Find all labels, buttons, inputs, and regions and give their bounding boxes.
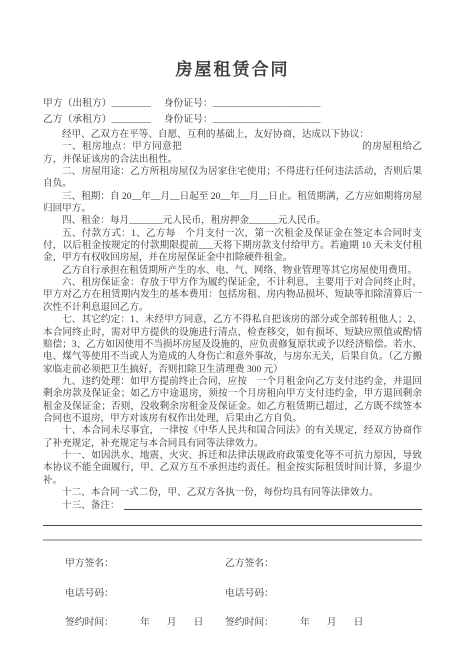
sign-date-row: 签约时间：年月日 签约时间：年月日: [65, 617, 422, 629]
clause-location: 一、租房地点：甲方同意把 的房屋租给乙方，并保证该房的合法出租性。: [43, 141, 422, 166]
party-b-id-label: 身份证号：: [164, 114, 213, 125]
clause-term: 三、租期：自 20__年__月__日起至 20__年__月__日止。租赁期满，乙…: [43, 191, 422, 216]
party-a-phone-label: 电话号码：: [65, 588, 225, 600]
clause-breach: 九、违约处理：如甲方提前终止合同，应按 一个月租金向乙方支付违约金，并退回剩余房…: [43, 376, 422, 425]
clause-usage: 二、房屋用途：乙方所租房屋仅为居家住宅使用；不得进行任何违法活动，否则后果自负。: [43, 166, 422, 191]
party-a-id-label: 身份证号：: [164, 98, 213, 109]
party-a-sign-label: 甲方签名：: [65, 558, 225, 570]
remark-row: 十三、备注：: [43, 499, 422, 512]
clause-deposit: 六、租房保证金：存放于甲方作为履约保证金，不计利息，主要用于对合同终止时，甲方对…: [43, 277, 422, 314]
party-b-row: 乙方（承租方）________身份证号：____________________…: [43, 112, 422, 128]
party-a-date-label: 签约时间：: [65, 617, 114, 628]
party-a-row: 甲方（出租方）________身份证号：____________________…: [43, 96, 422, 112]
party-a-date-year: 年: [140, 617, 150, 628]
clause-force-majeure: 十一、如因洪水、地震、火灾、拆迁和法律法规政府政策变化等不可抗力原因，导致本协议…: [43, 450, 422, 487]
clause-law: 十、本合同未尽事宜，一律按《中华人民共和国合同法》的有关规定，经双方协商作了补充…: [43, 425, 422, 450]
party-b-date-cell: 签约时间：年月日: [225, 617, 422, 629]
clause-rent: 四、租金：每月_______元人民币，租房押金______元人民币。: [43, 215, 422, 227]
signature-section: 甲方签名： 乙方签名： 电话号码： 电话号码： 签约时间：年月日 签约时间：年月…: [43, 558, 422, 629]
sign-phone-row: 电话号码： 电话号码：: [65, 588, 422, 600]
contract-page: 房屋租赁合同 甲方（出租方）________身份证号：_____________…: [0, 0, 463, 655]
party-b-date-label: 签约时间：: [225, 617, 274, 628]
intro-line: 经甲、乙双方在平等、自愿、互利的基础上，友好协商，达成以下协议：: [43, 129, 422, 141]
clause-utilities: 乙方自行承担在租赁期所产生的水、电、气、网络、物业管理等其它房屋使用费用。: [43, 265, 422, 277]
sign-name-row: 甲方签名： 乙方签名：: [65, 558, 422, 570]
party-a-date-cell: 签约时间：年月日: [65, 617, 225, 629]
contract-body: 经甲、乙双方在平等、自愿、互利的基础上，友好协商，达成以下协议： 一、租房地点：…: [43, 129, 422, 541]
remark-blank-line-2: [43, 512, 422, 526]
remark-blank-line-3: [43, 526, 422, 541]
party-a-date-month: 月: [167, 617, 177, 628]
remark-label: 十三、备注：: [62, 500, 120, 512]
party-b-date-day: 日: [354, 617, 364, 628]
party-a-label: 甲方（出租方）: [43, 98, 112, 109]
party-b-date-year: 年: [300, 617, 310, 628]
party-a-name-blank: ________: [112, 98, 151, 109]
party-a-date-day: 日: [194, 617, 204, 628]
party-b-id-blank: ______________________: [213, 114, 321, 125]
party-b-label: 乙方（承租方）: [43, 114, 112, 125]
remark-blank-line-1: [124, 499, 422, 510]
party-b-date-month: 月: [327, 617, 337, 628]
party-b-sign-label: 乙方签名：: [225, 558, 422, 570]
party-b-phone-label: 电话号码：: [225, 588, 422, 600]
clause-copies: 十二、本合同一式二份，甲、乙双方各执一份，每份均具有同等法律效力。: [43, 487, 422, 499]
party-a-id-blank: ______________________: [213, 98, 321, 109]
page-title: 房屋租赁合同: [43, 55, 422, 80]
party-b-name-blank: ________: [112, 114, 151, 125]
clause-payment: 五、付款方式：1、乙方每 个月支付一次，第一次租金及保证金在签定本合同时支付，以…: [43, 228, 422, 265]
clause-other-agreements: 七、其它约定：1、未经甲方同意，乙方不得私自把该房的部分或全部转租他人；2、本合…: [43, 314, 422, 376]
